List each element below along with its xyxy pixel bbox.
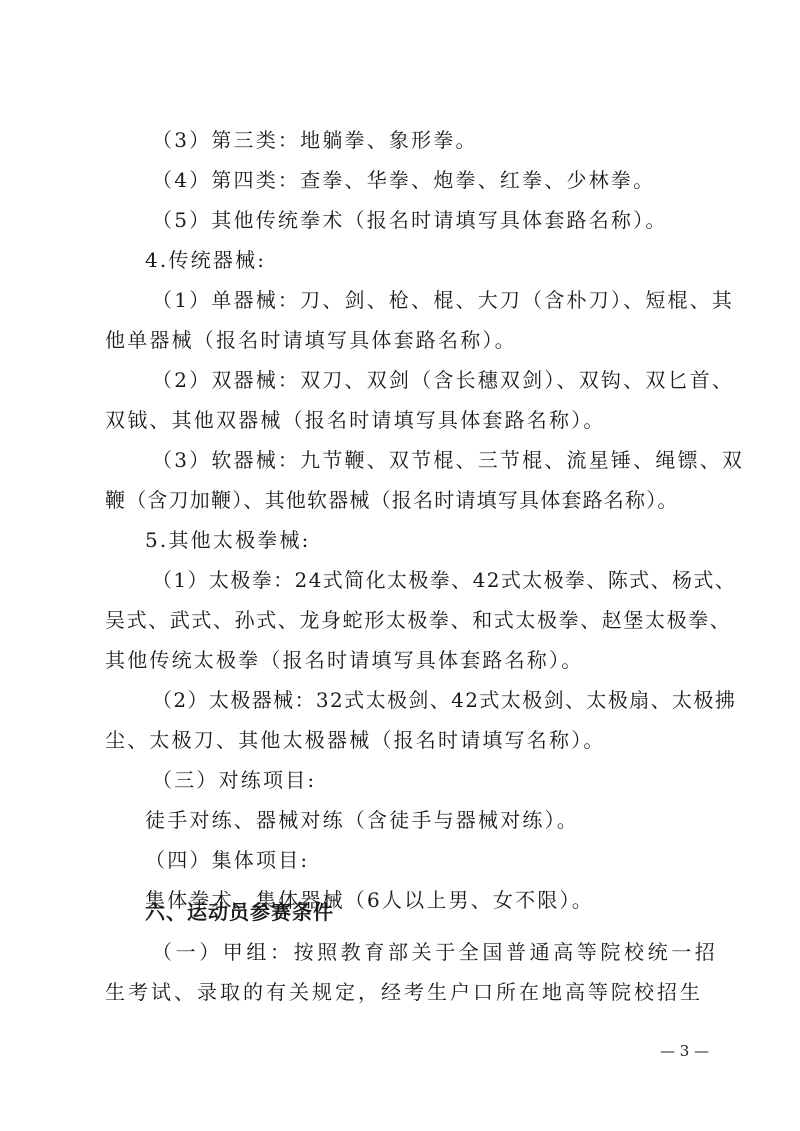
list-item-taichi-boxing-cont-2: 其他传统太极拳（报名时请填写具体套路名称）。	[105, 646, 715, 674]
list-item-soft-weapon: （3）软器械：九节鞭、双节棍、三节棍、流星锤、绳镖、双	[152, 446, 715, 474]
list-item-single-weapon-cont: 他单器械（报名时请填写具体套路名称）。	[105, 326, 715, 354]
paragraph-group-a: （一）甲组：按照教育部关于全国普通高等院校统一招	[152, 938, 715, 966]
list-item-other-boxing: （5）其他传统拳术（报名时请填写具体套路名称）。	[152, 206, 715, 234]
list-item-double-weapon: （2）双器械：双刀、双剑（含长穗双剑）、双钩、双匕首、	[152, 366, 715, 394]
list-item-double-weapon-cont: 双钺、其他双器械（报名时请填写具体套路名称）。	[105, 406, 715, 434]
section-taichi: 5.其他太极拳械:	[145, 526, 755, 554]
list-item-sparring: 徒手对练、器械对练（含徒手与器械对练）。	[145, 806, 755, 834]
list-item-category-4: （4）第四类：查拳、华拳、炮拳、红拳、少林拳。	[152, 166, 715, 194]
section-sparring: （三）对练项目:	[152, 766, 715, 794]
list-item-single-weapon: （1）单器械：刀、剑、枪、棍、大刀（含朴刀）、短棍、其	[152, 286, 715, 314]
list-item-taichi-weapon: （2）太极器械：32式太极剑、42式太极剑、太极扇、太极拂	[152, 686, 715, 714]
list-item-taichi-boxing: （1）太极拳：24式简化太极拳、42式太极拳、陈式、杨式、	[152, 566, 715, 594]
section-heading-eligibility: 六、运动员参赛条件	[145, 898, 755, 926]
document-page: （3）第三类：地躺拳、象形拳。 （4）第四类：查拳、华拳、炮拳、红拳、少林拳。 …	[0, 0, 800, 1131]
page-number: — 3 —	[660, 1041, 709, 1061]
list-item-category-3: （3）第三类：地躺拳、象形拳。	[152, 126, 715, 154]
section-group: （四）集体项目:	[145, 846, 755, 874]
paragraph-group-a-cont: 生考试、录取的有关规定，经考生户口所在地高等院校招生	[105, 978, 715, 1006]
list-item-soft-weapon-cont: 鞭（含刀加鞭）、其他软器械（报名时请填写具体套路名称）。	[105, 486, 715, 514]
section-traditional-weapons: 4.传统器械:	[145, 246, 755, 274]
list-item-taichi-weapon-cont: 尘、太极刀、其他太极器械（报名时请填写名称）。	[105, 726, 715, 754]
list-item-taichi-boxing-cont-1: 吴式、武式、孙式、龙身蛇形太极拳、和式太极拳、赵堡太极拳、	[105, 606, 715, 634]
